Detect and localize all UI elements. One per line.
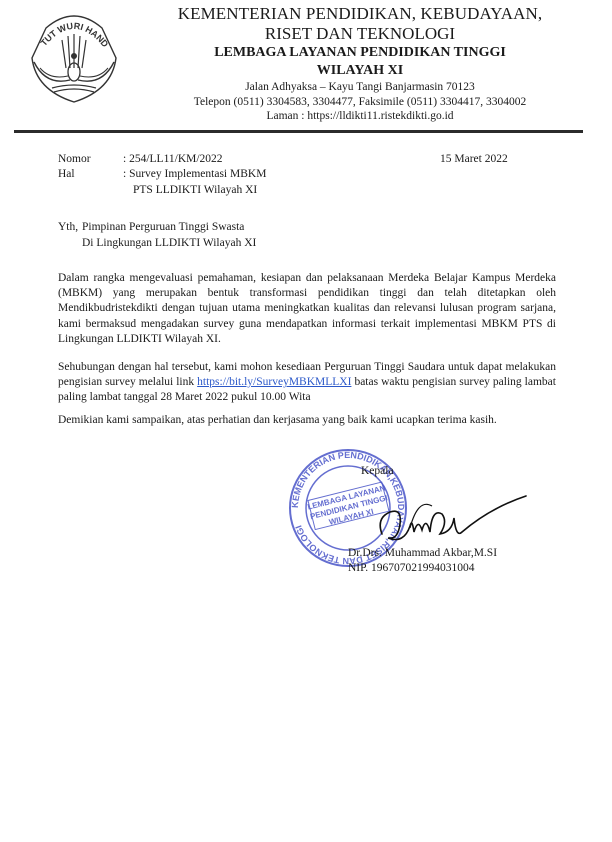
agency-website: Laman : https://lldikti11.ristekdikti.go…: [140, 110, 580, 122]
agency-phone: Telepon (0511) 3304583, 3304477, Faksimi…: [140, 96, 580, 108]
signatory-title: Kepala: [361, 464, 394, 479]
signatory-nip: NIP. 196707021994031004: [348, 561, 475, 576]
body-paragraph-1: Dalam rangka mengevaluasi pemahaman, kes…: [58, 271, 556, 347]
letter-date: 15 Maret 2022: [440, 152, 508, 167]
tut-wuri-handayani-logo-icon: TUT WURI HANDAYANI: [26, 6, 122, 106]
recipient-line2: Di Lingkungan LLDIKTI Wilayah XI: [82, 236, 256, 251]
agency-name-line2: WILAYAH XI: [140, 63, 580, 79]
nomor-label: Nomor: [58, 152, 91, 167]
agency-name-line1: LEMBAGA LAYANAN PENDIDIKAN TINGGI: [140, 45, 580, 61]
nomor-value: : 254/LL11/KM/2022: [123, 152, 223, 167]
recipient-line1: Pimpinan Perguruan Tinggi Swasta: [82, 220, 244, 235]
ministry-name-line2: RISET DAN TEKNOLOGI: [140, 24, 580, 44]
ministry-name-line1: KEMENTERIAN PENDIDIKAN, KEBUDAYAAN,: [140, 4, 580, 24]
recipient-salutation: Yth,: [58, 220, 78, 235]
signatory-name: Dr.Drs. Muhammad Akbar,M.SI: [348, 546, 497, 561]
hal-value-line2: PTS LLDIKTI Wilayah XI: [133, 183, 257, 198]
hal-value-line1: : Survey Implementasi MBKM: [123, 167, 266, 182]
hal-label: Hal: [58, 167, 75, 182]
agency-address: Jalan Adhyaksa – Kayu Tangi Banjarmasin …: [140, 81, 580, 93]
body-paragraph-2: Sehubungan dengan hal tersebut, kami moh…: [58, 360, 556, 406]
survey-link[interactable]: https://bit.ly/SurveyMBKMLLXI: [197, 376, 351, 388]
letterhead-divider: [14, 130, 583, 133]
closing-paragraph: Demikian kami sampaikan, atas perhatian …: [58, 413, 497, 428]
letterhead: KEMENTERIAN PENDIDIKAN, KEBUDAYAAN, RISE…: [140, 0, 580, 128]
